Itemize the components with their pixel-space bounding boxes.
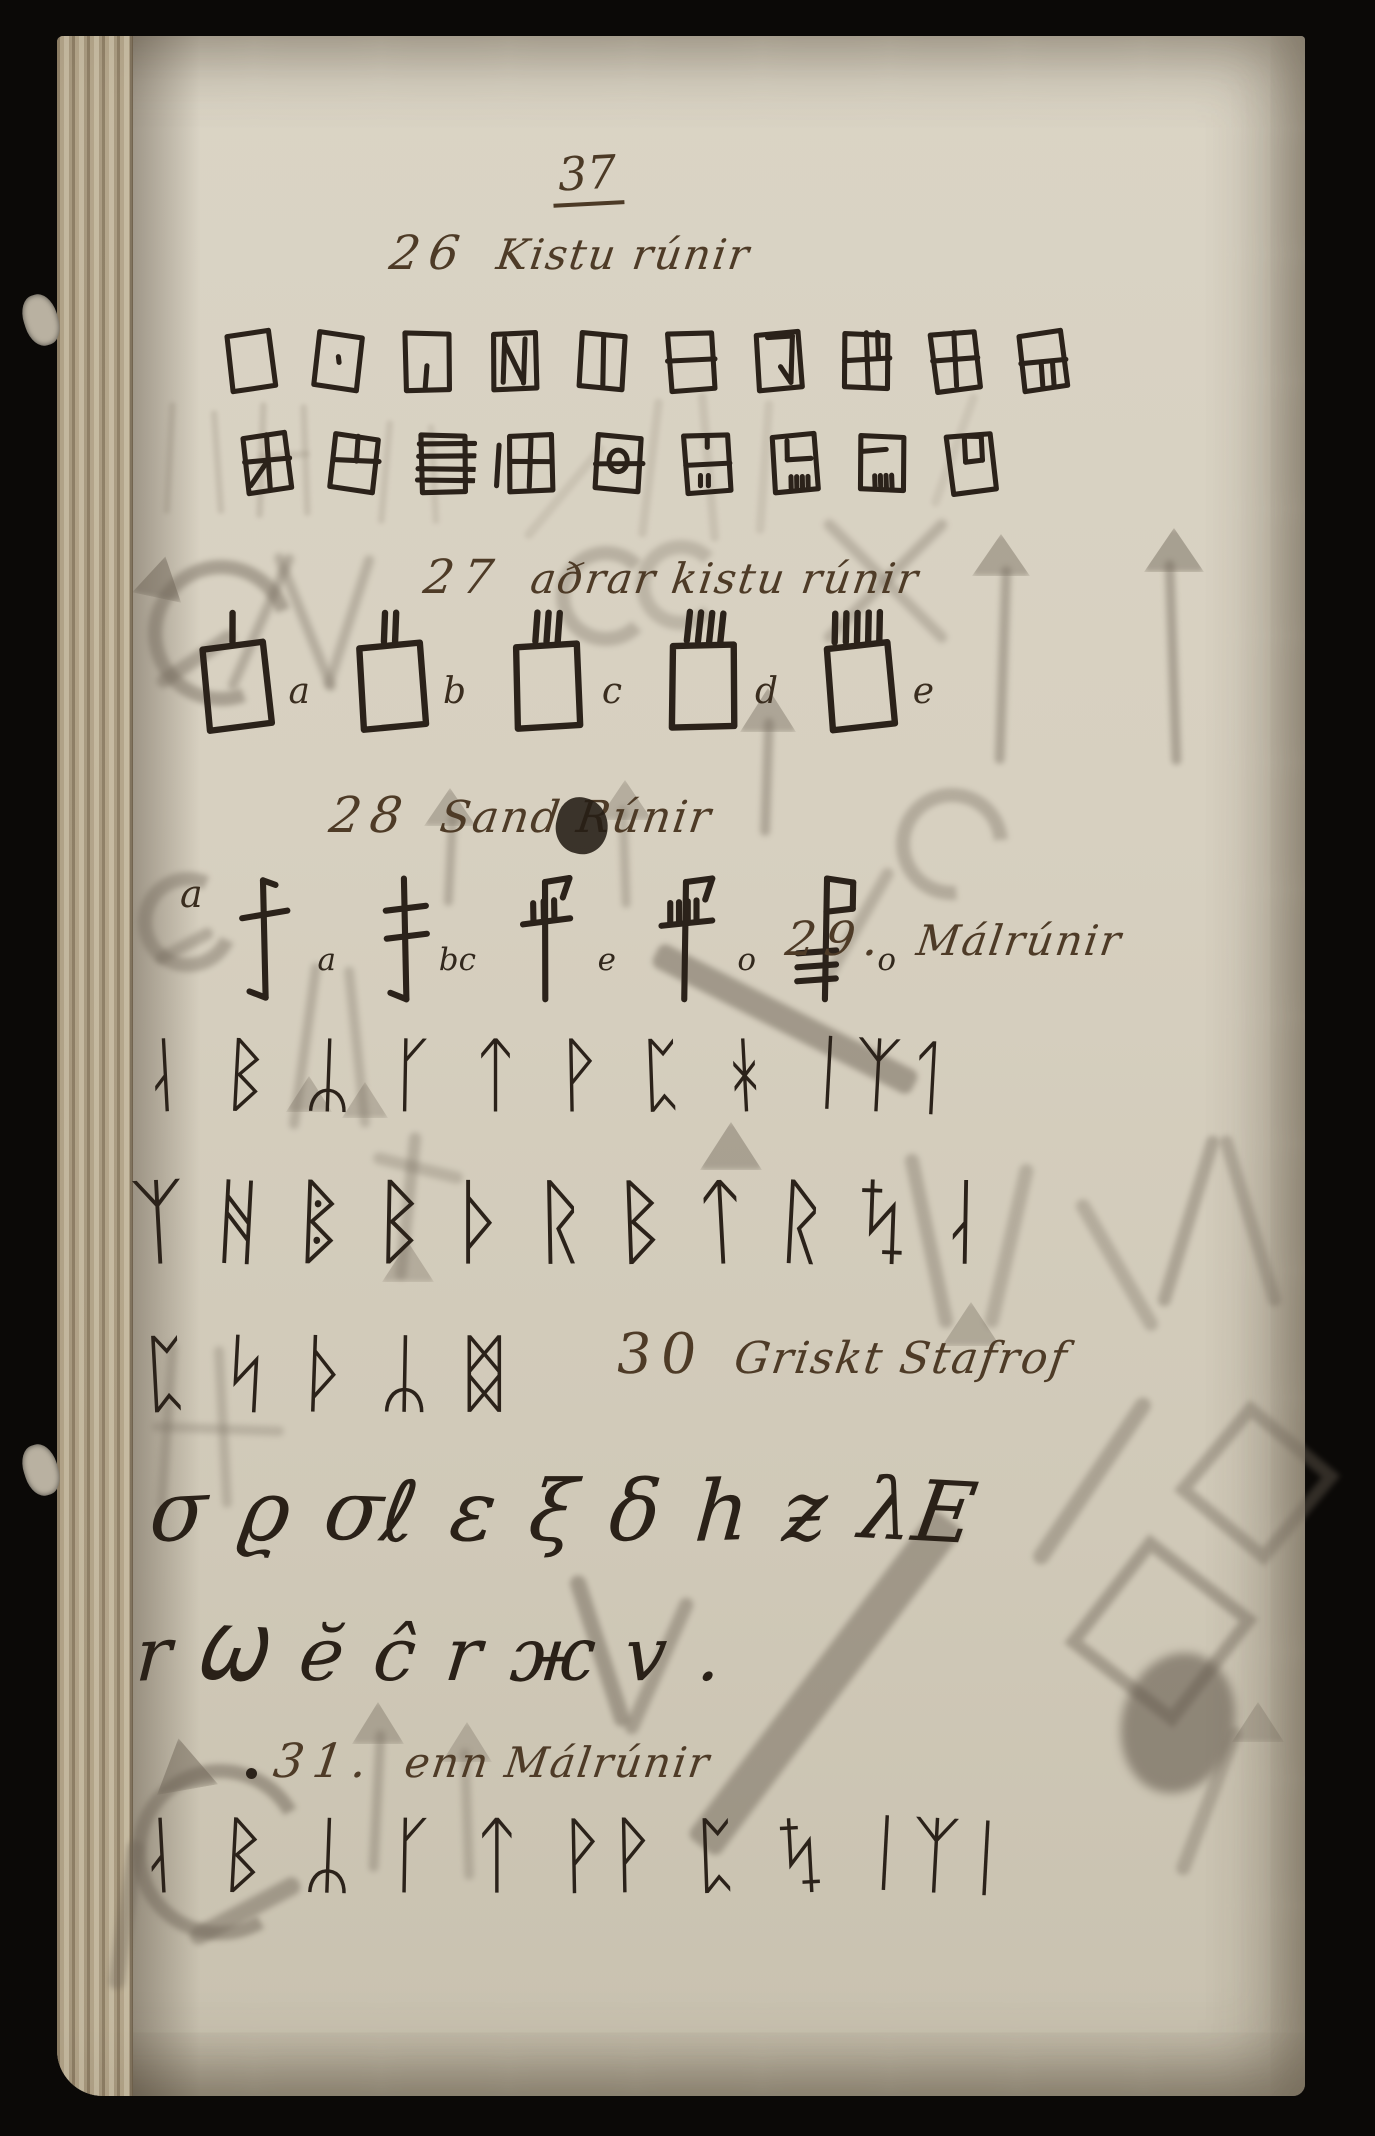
kistu-rune <box>406 418 476 506</box>
kistu-rune <box>478 316 548 404</box>
kistu-rune <box>302 316 372 404</box>
rune-glyph: ᛉ <box>127 1167 189 1279</box>
kistu-rune <box>654 316 724 404</box>
section-number: 29. <box>782 912 892 967</box>
greek-alphabet-row-1: σϱσℓεξδhƶλΕ <box>145 1462 981 1560</box>
kistu-rune-row-1 <box>214 316 1076 404</box>
rune-glyph: ᛆ <box>933 1168 991 1278</box>
greek-letter: σ <box>147 1461 210 1562</box>
section-heading-29: 29. Málrúnir <box>782 912 1126 967</box>
section-number: 30 <box>611 1322 709 1387</box>
sand-rune: e <box>502 868 620 1012</box>
kistu-rune <box>670 418 740 506</box>
section-title: enn Málrúnir <box>402 1738 714 1787</box>
rune-glyph: ᛦ <box>378 1324 431 1425</box>
kistu-rune <box>918 316 988 404</box>
section-heading-31: 31. enn Málrúnir <box>270 1734 714 1789</box>
greek-letter: . <box>695 1611 723 1698</box>
greek-letter: r <box>441 1612 485 1698</box>
greek-letter: ξ <box>525 1462 582 1560</box>
rune-glyph: ᛪ <box>773 1805 828 1906</box>
section-title: Málrúnir <box>914 916 1126 965</box>
kistu-rune <box>830 316 900 404</box>
greek-letter: ϱ <box>234 1461 298 1561</box>
greek-letter: ƶ <box>780 1461 830 1561</box>
rune-letter-label: e <box>913 671 934 712</box>
rune-glyph: ᛒ <box>216 1805 271 1906</box>
ticked-kistu-rune: b <box>350 608 468 738</box>
rune-glyph: ᚴ <box>386 1806 438 1905</box>
section-title: Griskt Stafrof <box>731 1333 1071 1384</box>
section-number: 31. <box>270 1734 380 1789</box>
rune-glyph: ᛦ <box>301 1805 355 1905</box>
rune-letter-label: b <box>443 671 466 712</box>
rune-glyph: ᛏ <box>471 1028 520 1123</box>
malrunir-row-2: ᛉᚻᛔᛒᚦᚱᛒᛏᚱᛪᛆ <box>130 1168 990 1277</box>
rune-glyph: ᛆ <box>131 1805 186 1906</box>
kistu-rune <box>1006 316 1076 404</box>
section-title: aðrar kistu rúnir <box>528 554 923 603</box>
kistu-rune-row-2 <box>230 418 1004 506</box>
rune-glyph: ᚴ <box>387 1028 438 1124</box>
rune-glyph: ᚱ <box>770 1167 832 1279</box>
rune-glyph: ᛆ <box>136 1027 190 1124</box>
page-edge-striations <box>57 36 133 2096</box>
sand-rune: bc <box>362 868 480 1012</box>
rune-glyph: ᛔ <box>289 1167 349 1278</box>
greek-letter: ε <box>445 1462 502 1561</box>
kistu-rune <box>494 418 564 506</box>
greek-letter: σℓ <box>318 1460 423 1561</box>
greek-letter: ж <box>507 1611 599 1698</box>
section-number: 27 <box>420 550 506 605</box>
kistu-rune <box>582 418 652 506</box>
rune-glyph: ᚦ <box>297 1323 352 1425</box>
rune-glyph: ᛦ <box>303 1027 355 1124</box>
kistu-rune <box>742 316 812 404</box>
rune-glyph: ᚹᚹ <box>555 1805 658 1905</box>
rune-glyph: ᛈ <box>137 1323 194 1426</box>
ticked-kistu-rune: a <box>194 608 312 738</box>
rune-glyph: ᛁᛉᛁ <box>857 1802 1013 1908</box>
kistu-rune <box>230 418 300 506</box>
rune-glyph: ᚦ <box>452 1168 508 1277</box>
ticked-kistu-rune: e <box>818 608 936 738</box>
manuscript-photo: 37 26 Kistu rúnir 27 aðrar kistu rúnir a… <box>0 0 1375 2136</box>
section-number: 28 <box>326 786 415 844</box>
rune-glyph: ᛈ <box>689 1805 743 1905</box>
rune-glyph: ᚻ <box>208 1167 270 1279</box>
sand-rune: a <box>222 868 340 1012</box>
greek-letter: v <box>622 1611 670 1698</box>
malrunir-row-1: ᛆᛒᛦᚴᛏᚹᛈᚼᛁᛉᛐ <box>138 1028 951 1123</box>
rune-letter-label: d <box>755 671 778 712</box>
kistu-rune <box>214 316 284 404</box>
rune-glyph: ᚹ <box>553 1028 604 1124</box>
rune-glyph: ᛪ <box>852 1167 912 1278</box>
rune-letter-label: e <box>598 942 616 978</box>
section-heading-28: 28 Sand Rúnir <box>326 786 717 844</box>
section-heading-26: 26 Kistu rúnir <box>386 226 754 281</box>
rune-glyph: ᛋ <box>217 1323 274 1426</box>
malrunir-row-4: ᛆᛒᛦᚴᛏᚹᚹᛈᛪᛁᛉᛁ <box>134 1806 1011 1904</box>
greek-letter: r <box>134 1611 174 1699</box>
rune-glyph: ᛏ <box>472 1806 522 1904</box>
kistu-rune <box>934 418 1004 506</box>
greek-letter: ĉ <box>369 1612 421 1699</box>
greek-letter: h <box>691 1461 752 1561</box>
section-number: 26 <box>386 226 472 281</box>
kistu-rune <box>758 418 828 506</box>
sand-rune: o <box>642 868 760 1012</box>
page-number: 37 <box>550 144 624 208</box>
rune-glyph: ᚼ <box>718 1027 772 1124</box>
rune-glyph: ᛒ <box>370 1168 428 1278</box>
rune-glyph: ᛏ <box>690 1167 752 1279</box>
rune-glyph: ᛒ <box>611 1167 671 1278</box>
ink-dot <box>246 1768 257 1779</box>
rune-letter-label: c <box>602 671 622 712</box>
kistu-rune <box>318 418 388 506</box>
rune-glyph: ᛒ <box>219 1027 273 1124</box>
kistu-rune <box>566 316 636 404</box>
rune-glyph: ᛁᛉᛐ <box>801 1024 953 1127</box>
rune-letter-label: a <box>289 671 310 712</box>
rune-letter-label: a <box>318 942 336 978</box>
greek-letter: δ <box>606 1462 665 1561</box>
greek-letter: ĕ <box>295 1611 351 1698</box>
rune-letter-label: bc <box>439 942 476 978</box>
greek-letter: λΕ <box>854 1459 983 1563</box>
malrunir-row-3: ᛈᛋᚦᛦᛥ <box>140 1324 510 1424</box>
rune-glyph: ᛈ <box>636 1027 688 1124</box>
ticked-kistu-rune: c <box>506 608 624 738</box>
stray-letter-annotation: a <box>180 872 203 916</box>
greek-letter: Ѡ <box>195 1610 277 1699</box>
kistu-rune <box>846 418 916 506</box>
ticked-kistu-rune: d <box>662 608 780 738</box>
kistu-rune <box>390 316 460 404</box>
section-heading-27: 27 aðrar kistu rúnir <box>420 550 923 605</box>
section-title: Kistu rúnir <box>494 230 754 279</box>
rune-letter-label: o <box>737 942 756 978</box>
rune-glyph: ᚱ <box>531 1168 589 1278</box>
greek-alphabet-row-2: rѠĕĉrжv. <box>131 1612 725 1698</box>
rune-glyph: ᛥ <box>458 1324 510 1424</box>
section-heading-30: 30 Griskt Stafrof <box>611 1322 1073 1387</box>
labeled-kistu-rune-row: a b c d e <box>194 608 936 738</box>
